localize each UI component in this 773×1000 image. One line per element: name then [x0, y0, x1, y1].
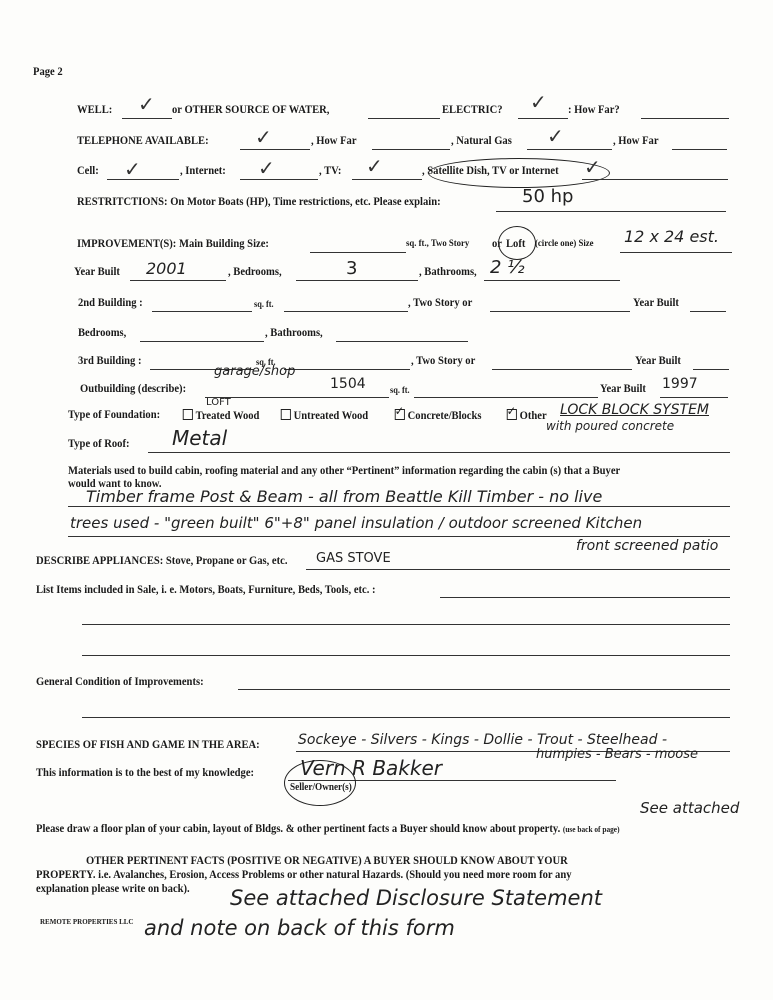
- foundation-option-concrete-blocks[interactable]: Concrete/Blocks: [392, 409, 481, 422]
- internet-check: ✓: [258, 156, 275, 180]
- cell-check: ✓: [124, 157, 141, 181]
- roof-label: Type of Roof:: [68, 438, 130, 450]
- other-facts-line3: explanation please write on back).: [36, 883, 190, 895]
- foundation-other-value-2: with poured concrete: [546, 419, 674, 433]
- outbuilding-describe-value: garage/shop: [214, 364, 295, 379]
- second-building-field[interactable]: [152, 311, 252, 312]
- other-facts-heading: OTHER PERTINENT FACTS (POSITIVE OR NEGAT…: [86, 855, 568, 867]
- improvements-label: IMPROVEMENT(S): Main Building Size:: [77, 238, 269, 250]
- outbuilding-year-built-field[interactable]: [660, 397, 728, 398]
- cell-field[interactable]: [107, 179, 179, 180]
- telephone-how-far-label: , How Far: [311, 135, 357, 147]
- tv-label: , TV:: [319, 165, 341, 177]
- materials-value-line1: Timber frame Post & Beam - all from Beat…: [86, 487, 602, 506]
- bedrooms-label: , Bedrooms,: [228, 266, 282, 278]
- general-condition-label: General Condition of Improvements:: [36, 676, 204, 688]
- materials-label-line1: Materials used to build cabin, roofing m…: [68, 465, 620, 477]
- tv-field[interactable]: [352, 179, 422, 180]
- outbuilding-loft-value: LOFT: [206, 397, 231, 408]
- other-facts-value-line1: See attached Disclosure Statement: [230, 886, 602, 910]
- natural-gas-field[interactable]: [527, 149, 612, 150]
- internet-label: , Internet:: [180, 165, 226, 177]
- species-value-line2: humpies - Bears - moose: [536, 747, 698, 762]
- second-bedrooms-field[interactable]: [140, 341, 264, 342]
- third-two-story-label: , Two Story or: [411, 355, 475, 367]
- general-condition-field-1[interactable]: [238, 689, 730, 690]
- second-two-story-field[interactable]: [490, 311, 630, 312]
- telephone-label: TELEPHONE AVAILABLE:: [77, 135, 209, 147]
- items-in-sale-field-1[interactable]: [440, 597, 730, 598]
- main-size-field[interactable]: [310, 252, 406, 253]
- other-facts-value-line2: and note on back of this form: [144, 916, 455, 940]
- sqft-two-story-label: sq. ft., Two Story: [406, 239, 469, 249]
- items-in-sale-field-2[interactable]: [82, 624, 730, 625]
- page-number: Page 2: [33, 66, 63, 78]
- restrictions-value: 50 hp: [522, 186, 573, 207]
- electric-field[interactable]: [518, 118, 568, 119]
- restrictions-field[interactable]: [496, 211, 726, 212]
- third-year-built-field[interactable]: [693, 369, 729, 370]
- outbuilding-label: Outbuilding (describe):: [80, 383, 186, 395]
- electric-how-far-label: : How Far?: [568, 104, 620, 116]
- restrictions-label: RESTRITCTIONS: On Motor Boats (HP), Time…: [77, 196, 441, 208]
- foundation-other-value: LOCK BLOCK SYSTEM: [560, 402, 709, 418]
- satellite-field[interactable]: [582, 179, 728, 180]
- bathrooms-field[interactable]: [484, 280, 620, 281]
- roof-field[interactable]: [148, 452, 730, 453]
- knowledge-label: This information is to the best of my kn…: [36, 767, 254, 779]
- year-built-value: 2001: [146, 259, 187, 278]
- bedrooms-value: 3: [346, 258, 357, 279]
- outbuilding-year-built-label: Year Built: [600, 383, 646, 395]
- bathrooms-label: , Bathrooms,: [419, 266, 477, 278]
- items-in-sale-field-3[interactable]: [82, 655, 730, 656]
- cell-label: Cell:: [77, 165, 99, 177]
- bathrooms-value: 2 ½: [490, 257, 525, 278]
- second-sqft-field[interactable]: [284, 311, 408, 312]
- well-check: ✓: [138, 92, 155, 116]
- concrete-blocks-checkbox[interactable]: [395, 409, 405, 420]
- appliances-label: DESCRIBE APPLIANCES: Stove, Propane or G…: [36, 555, 287, 567]
- species-value-line1: Sockeye - Silvers - Kings - Dollie - Tro…: [298, 732, 667, 748]
- species-label: SPECIES OF FISH AND GAME IN THE AREA:: [36, 739, 260, 751]
- outbuilding-sqft-label: sq. ft.: [390, 385, 410, 395]
- other-facts-line2: PROPERTY. i.e. Avalanches, Erosion, Acce…: [36, 869, 572, 881]
- use-back-note: (use back of page): [563, 825, 620, 834]
- roof-value: Metal: [172, 426, 227, 450]
- floor-plan-label: Please draw a floor plan of your cabin, …: [36, 823, 620, 835]
- second-bedrooms-label: Bedrooms,: [78, 327, 126, 339]
- seller-owner-circle: [284, 760, 356, 806]
- electric-how-far-field[interactable]: [641, 118, 729, 119]
- company-footer: REMOTE PROPERTIES LLC: [40, 918, 134, 926]
- natural-gas-check: ✓: [547, 124, 564, 148]
- materials-value-line2: trees used - "green built" 6"+8" panel i…: [70, 514, 642, 532]
- telephone-how-far-field[interactable]: [372, 149, 450, 150]
- third-year-built-label: Year Built: [635, 355, 681, 367]
- loft-circle: [498, 226, 536, 260]
- second-bathrooms-label: , Bathrooms,: [265, 327, 323, 339]
- circle-one-label: (circle one) Size: [535, 239, 594, 249]
- second-year-built-label: Year Built: [633, 297, 679, 309]
- satellite-check: ✓: [584, 155, 601, 179]
- materials-field-line2[interactable]: [68, 536, 730, 537]
- general-condition-field-2[interactable]: [82, 717, 730, 718]
- second-building-label: 2nd Building :: [78, 297, 143, 309]
- third-two-story-field[interactable]: [492, 369, 632, 370]
- second-year-built-field[interactable]: [690, 311, 726, 312]
- size-value: 12 x 24 est.: [624, 227, 719, 246]
- foundation-option-treated-wood[interactable]: Treated Wood: [180, 409, 259, 422]
- items-in-sale-label: List Items included in Sale, i. e. Motor…: [36, 584, 376, 596]
- materials-field-line1[interactable]: [68, 506, 730, 507]
- second-sqft-label: sq. ft.: [254, 299, 274, 309]
- foundation-option-other[interactable]: Other: [504, 409, 547, 422]
- see-attached-note: See attached: [640, 799, 739, 817]
- third-building-label: 3rd Building :: [78, 355, 142, 367]
- appliances-value: GAS STOVE: [316, 551, 391, 566]
- telephone-check: ✓: [255, 125, 272, 149]
- electric-check: ✓: [530, 90, 547, 114]
- second-bathrooms-field[interactable]: [336, 341, 468, 342]
- other-water-field[interactable]: [368, 118, 440, 119]
- gas-how-far-label: , How Far: [613, 135, 659, 147]
- foundation-label: Type of Foundation:: [68, 409, 160, 421]
- well-field[interactable]: [122, 118, 172, 119]
- well-label: WELL:: [77, 104, 112, 116]
- electric-label: ELECTRIC?: [442, 104, 503, 116]
- gas-how-far-field[interactable]: [672, 149, 727, 150]
- materials-value-line3: front screened patio: [576, 538, 718, 554]
- outbuilding-sqft-value: 1504: [330, 376, 366, 392]
- third-sqft-field[interactable]: [284, 369, 410, 370]
- appliances-field[interactable]: [306, 569, 730, 570]
- second-two-story-label: , Two Story or: [408, 297, 472, 309]
- other-water-label: or OTHER SOURCE OF WATER,: [172, 104, 329, 116]
- year-built-label: Year Built: [74, 266, 120, 278]
- tv-check: ✓: [366, 154, 383, 178]
- outbuilding-sqft-field[interactable]: [414, 397, 598, 398]
- foundation-option-untreated-wood[interactable]: Untreated Wood: [278, 409, 368, 422]
- natural-gas-label: , Natural Gas: [451, 135, 512, 147]
- bedrooms-field[interactable]: [296, 280, 418, 281]
- internet-field[interactable]: [240, 179, 318, 180]
- telephone-field[interactable]: [240, 149, 310, 150]
- untreated-wood-checkbox[interactable]: [281, 409, 291, 420]
- outbuilding-field[interactable]: [205, 397, 389, 398]
- size-field[interactable]: [620, 252, 732, 253]
- satellite-circle: [428, 158, 610, 188]
- year-built-field[interactable]: [130, 280, 226, 281]
- outbuilding-year-built-value: 1997: [662, 376, 698, 392]
- other-checkbox[interactable]: [507, 409, 517, 420]
- treated-wood-checkbox[interactable]: [183, 409, 193, 420]
